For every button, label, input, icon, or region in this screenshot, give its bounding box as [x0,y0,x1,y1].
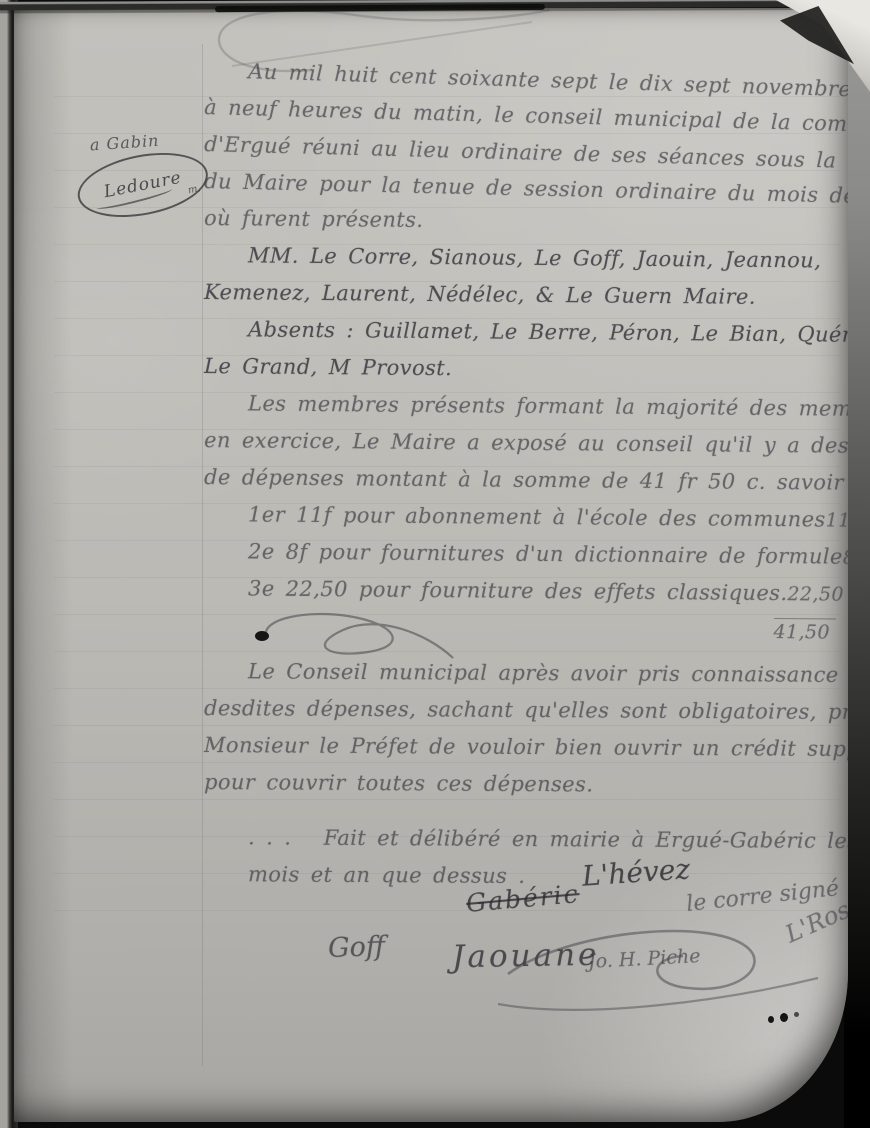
manuscript-line: où furent présents. [204,206,836,249]
margin-note-text: a Gabin [73,127,206,155]
amount-value: 11f [826,509,848,531]
line-text: Absents : Guillamet, Le Berre, Péron, Le… [248,317,848,347]
manuscript-line: Le Conseil municipal après avoir pris co… [204,659,836,700]
line-text: 3e 22,50 pour fourniture des effets clas… [248,576,788,605]
oval-circle: Ledoure m. [72,143,213,227]
line-text: Au mil huit cent soixante sept le dix se… [248,59,848,101]
manuscript-line: pour couvrir toutes ces dépenses. [204,770,836,811]
line-text: pour couvrir toutes ces dépenses. [204,770,593,796]
ink-dots [768,1010,808,1024]
line-text: Kemenez, Laurent, Nédélec, & Le Guern Ma… [204,280,756,309]
margin-annotation: a Gabin Ledoure m. [73,127,210,219]
line-text: où furent présents. [204,206,424,232]
manuscript-line: Les membres présents formant la majorité… [204,391,836,434]
line-text: Le Grand, M Provost. [204,354,452,380]
manuscript-line: en exercice, Le Maire a exposé au consei… [204,428,836,471]
margin-signature-suffix: m. [187,183,202,196]
line-text: Les membres présents formant la majorité… [248,391,848,421]
line-text: 1er 11f pour abonnement à l'école des co… [248,502,826,531]
manuscript-line: 3e 22,50 pour fourniture des effets clas… [204,576,836,619]
manuscript-line: Monsieur le Préfet de vouloir bien ouvri… [204,733,836,774]
manuscript-line: MM. Le Corre, Sianous, Le Goff, Jaouin, … [204,243,836,286]
signature: Jo. H. Piche [588,945,701,973]
manuscript-page: a Gabin Ledoure m. Au mil huit cent soix… [14,8,848,1122]
amount-value: 8f [843,547,848,569]
manuscript-line: 41,50 [204,613,836,647]
line-text: de dépenses montant à la somme de 41 fr … [204,465,844,495]
signature: Jaouane [452,937,600,976]
manuscript-line: 1er 11f pour abonnement à l'école des co… [204,502,836,545]
line-text: mois et an que dessus . [248,862,525,888]
manuscript-line: . . . Fait et délibéré en mairie à Ergué… [204,825,836,866]
line-text: 2e 8f pour fournitures d'un dictionnaire… [248,539,843,568]
line-text: Le Conseil municipal après avoir pris co… [248,659,839,687]
signature: Goff [327,931,385,964]
margin-signature: Ledoure [102,168,183,203]
amount-total: 41,50 [773,618,836,644]
manuscript-line: de dépenses montant à la somme de 41 fr … [204,465,836,508]
manuscript-line: Le Grand, M Provost. [204,354,836,397]
manuscript-line: 2e 8f pour fournitures d'un dictionnaire… [204,539,836,582]
book-photograph: a Gabin Ledoure m. Au mil huit cent soix… [0,0,870,1128]
manuscript-line: desdites dépenses, sachant qu'elles sont… [204,696,836,737]
manuscript-line: Absents : Guillamet, Le Berre, Péron, Le… [204,317,836,360]
line-text: en exercice, Le Maire a exposé au consei… [204,428,848,458]
manuscript-text: Au mil huit cent soixante sept le dix se… [204,58,836,899]
line-text: . . . Fait et délibéré en mairie à Ergué… [248,825,848,853]
line-text: MM. Le Corre, Sianous, Le Goff, Jaouin, … [248,243,821,272]
line-text: desdites dépenses, sachant qu'elles sont… [204,696,848,724]
line-text: Monsieur le Préfet de vouloir bien ouvri… [204,733,848,762]
amount-value: 22,50 [787,583,848,606]
manuscript-line: Kemenez, Laurent, Nédélec, & Le Guern Ma… [204,280,836,323]
